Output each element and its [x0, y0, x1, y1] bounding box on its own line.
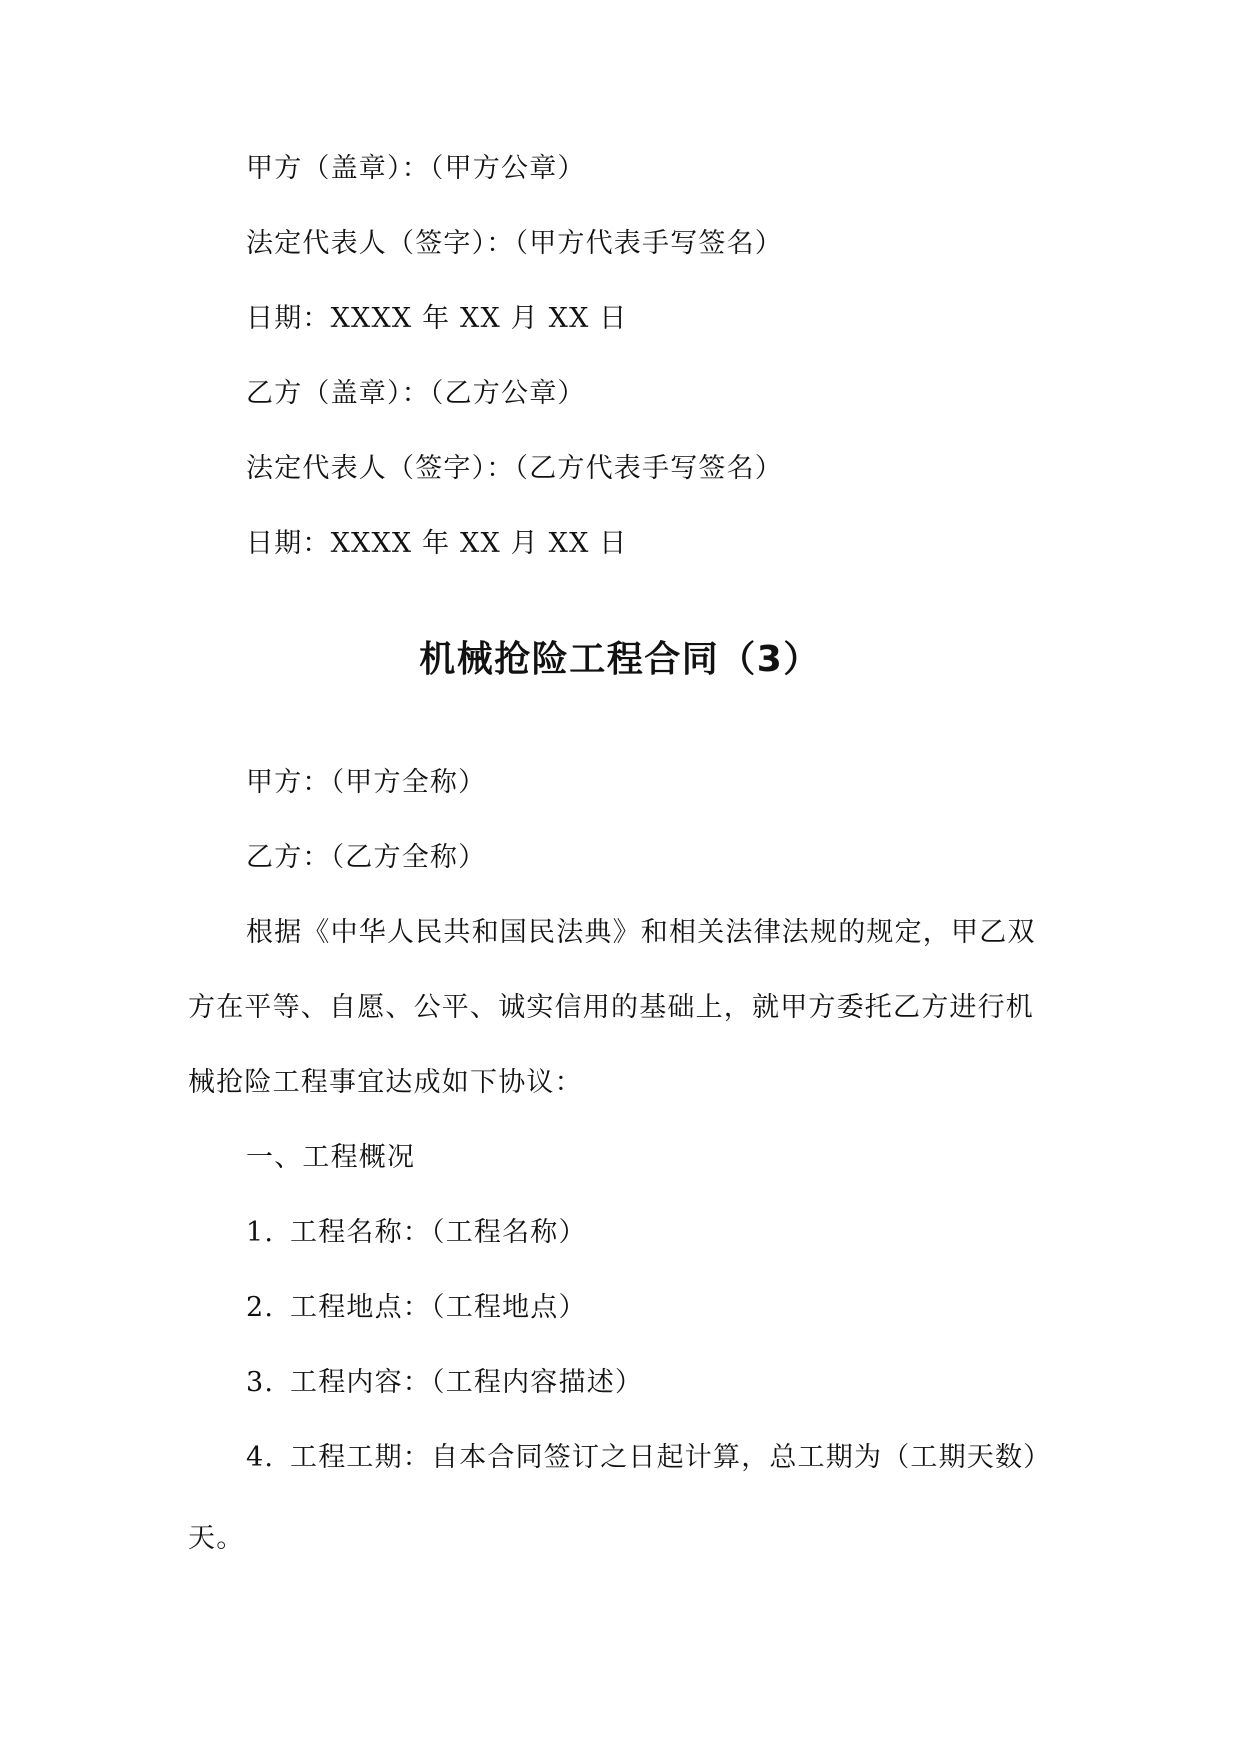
list-item-text: 工程内容：（工程内容描述）: [290, 1367, 643, 1398]
list-item-text: 工程名称：（工程名称）: [290, 1217, 587, 1248]
preamble-line-3: 械抢险工程事宜达成如下协议：: [188, 1068, 1058, 1098]
party-a-seal-line: 甲方（盖章）：（甲方公章）: [246, 154, 1116, 184]
list-item-number: 1.: [246, 1218, 290, 1248]
document-page: 甲方（盖章）：（甲方公章） 法定代表人（签字）：（甲方代表手写签名） 日期：XX…: [0, 0, 1241, 1754]
party-b-name-line: 乙方：（乙方全称）: [246, 843, 1116, 873]
party-a-date-line: 日期：XXXX 年 XX 月 XX 日: [246, 304, 1116, 334]
party-a-name-line: 甲方：（甲方全称）: [246, 768, 1116, 798]
party-a-representative-line: 法定代表人（签字）：（甲方代表手写签名）: [246, 229, 1116, 259]
list-item-text: 工程工期：自本合同签订之日起计算，总工期为（工期天数）: [290, 1442, 1051, 1473]
list-item-number: 4.: [246, 1443, 290, 1473]
party-b-date-line: 日期：XXXX 年 XX 月 XX 日: [246, 529, 1116, 559]
list-item: 3.工程内容：（工程内容描述）: [246, 1368, 1116, 1398]
preamble-line-2: 方在平等、自愿、公平、诚实信用的基础上，就甲方委托乙方进行机: [188, 993, 1058, 1023]
contract-title: 机械抢险工程合同（3）: [188, 638, 1052, 682]
list-item-text: 工程地点：（工程地点）: [290, 1292, 587, 1323]
list-item-number: 3.: [246, 1368, 290, 1398]
party-b-representative-line: 法定代表人（签字）：（乙方代表手写签名）: [246, 454, 1116, 484]
list-item: 1.工程名称：（工程名称）: [246, 1218, 1116, 1248]
list-item: 2.工程地点：（工程地点）: [246, 1293, 1116, 1323]
section-1-heading: 一、工程概况: [246, 1143, 1116, 1173]
list-item-number: 2.: [246, 1293, 290, 1323]
list-item: 4.工程工期：自本合同签订之日起计算，总工期为（工期天数）: [246, 1443, 1116, 1473]
preamble-line-1: 根据《中华人民共和国民法典》和相关法律法规的规定，甲乙双: [246, 918, 1116, 948]
list-item-continuation: 天。: [188, 1524, 1058, 1554]
party-b-seal-line: 乙方（盖章）：（乙方公章）: [246, 379, 1116, 409]
